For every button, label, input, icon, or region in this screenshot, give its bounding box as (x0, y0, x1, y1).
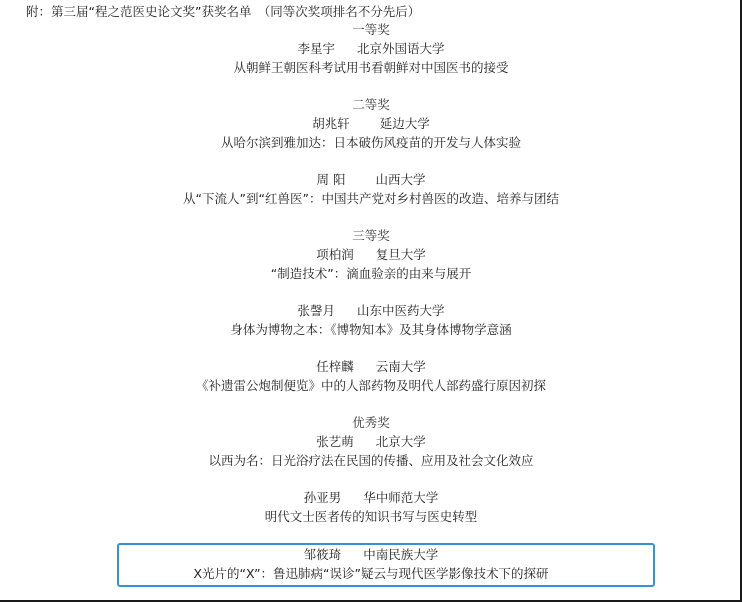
winner-school: 延边大学 (380, 116, 430, 131)
winner-name: 任梓麟 (316, 359, 354, 374)
paper-title-highlighted: X光片的“X”：鲁迅肺病“误诊”疑云与现代医学影像技术下的探研 (0, 566, 742, 582)
winner-school: 云南大学 (376, 359, 426, 374)
paper-title: 从“下流人”到“红兽医”：中国共产党对乡村兽医的改造、培养与团结 (0, 191, 742, 207)
winner-name: 周 阳 (317, 172, 346, 187)
winner-school: 华中师范大学 (363, 490, 438, 505)
winner-name: 孙亚男 (304, 490, 342, 505)
winner-line: 任梓麟云南大学 (0, 359, 742, 375)
winner-line: 张艺萌北京大学 (0, 434, 742, 450)
winner-school: 山东中医药大学 (357, 303, 445, 318)
paper-title: 身体为博物之本：《博物知本》及其身体博物学意涵 (0, 322, 742, 338)
winner-name: 邹筱琦 (304, 547, 342, 562)
paper-title: 明代文士医者传的知识书写与医史转型 (0, 509, 742, 525)
winner-name: 李星宇 (297, 41, 335, 56)
award-title-third: 三等奖 (0, 228, 742, 244)
winner-name: 项柏润 (316, 247, 354, 262)
award-title-second: 二等奖 (0, 97, 742, 113)
winner-line: 周 阳山西大学 (0, 172, 742, 188)
winner-school: 北京外国语大学 (357, 41, 445, 56)
winner-school: 山西大学 (375, 172, 425, 187)
award-title-first: 一等奖 (0, 22, 742, 38)
winner-name: 胡兆轩 (312, 116, 350, 131)
paper-title: 以西为名：日光浴疗法在民国的传播、应用及社会文化效应 (0, 453, 742, 469)
paper-title: 从朝鲜王朝医科考试用书看朝鲜对中国医书的接受 (0, 60, 742, 76)
winner-line: 项柏润复旦大学 (0, 247, 742, 263)
winner-name: 张謦月 (297, 303, 335, 318)
winner-line: 胡兆轩延边大学 (0, 116, 742, 132)
winner-line: 孙亚男华中师范大学 (0, 490, 742, 506)
document-heading: 附：第三届“程之范医史论文奖”获奖名单 （同等次奖项排名不分先后） (26, 4, 420, 20)
winner-school: 北京大学 (376, 434, 426, 449)
winner-line: 张謦月山东中医药大学 (0, 303, 742, 319)
winner-name: 张艺萌 (316, 434, 354, 449)
winner-line-highlighted: 邹筱琦中南民族大学 (0, 547, 742, 563)
award-title-merit: 优秀奖 (0, 415, 742, 431)
winner-school: 中南民族大学 (363, 547, 438, 562)
winner-school: 复旦大学 (376, 247, 426, 262)
winner-line: 李星宇北京外国语大学 (0, 41, 742, 57)
paper-title: 《补遗雷公炮制便览》中的人部药物及明代人部药盛行原因初探 (0, 378, 742, 394)
paper-title: “制造技术”：滴血验亲的由来与展开 (0, 266, 742, 282)
paper-title: 从哈尔滨到雅加达：日本破伤风疫苗的开发与人体实验 (0, 135, 742, 151)
